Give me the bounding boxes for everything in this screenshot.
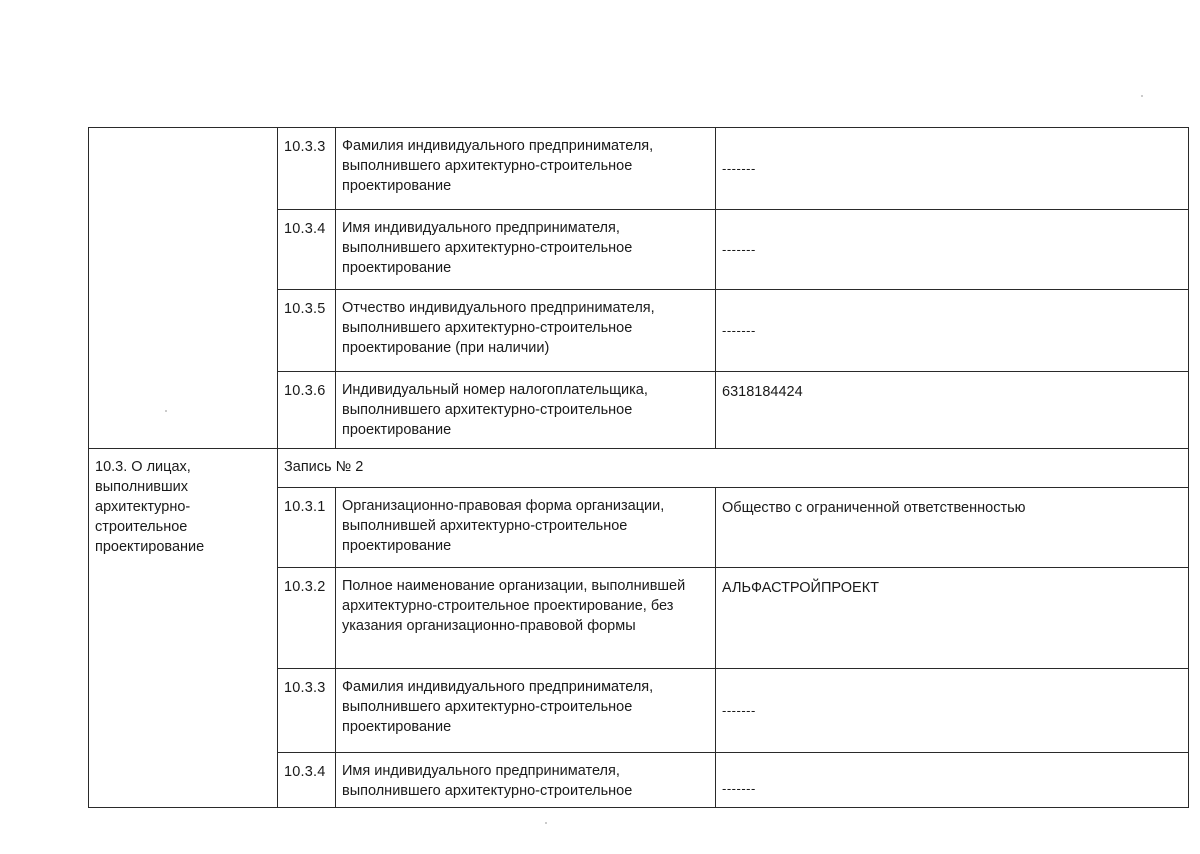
row-number: 10.3.6 bbox=[278, 372, 335, 407]
construction-info-table: 10.3.3 Фамилия индивидуального предприни… bbox=[88, 127, 1189, 808]
row-number: 10.3.5 bbox=[278, 290, 335, 325]
record-title: Запись № 2 bbox=[278, 449, 1188, 485]
row-value-cell: ------- bbox=[716, 290, 1189, 372]
row-value-cell: ------- bbox=[716, 210, 1189, 290]
row-number: 10.3.4 bbox=[278, 210, 335, 245]
row-number: 10.3.4 bbox=[278, 753, 335, 788]
row-number-cell: 10.3.5 bbox=[278, 290, 336, 372]
record-header-row: 10.3. О лицах, выполнивших архитектурно-… bbox=[89, 449, 1189, 488]
row-label: Фамилия индивидуального предпринимателя,… bbox=[336, 128, 715, 202]
row-label: Индивидуальный номер налогоплательщика, … bbox=[336, 372, 715, 446]
row-label: Полное наименование организации, выполни… bbox=[336, 568, 715, 642]
row-number: 10.3.3 bbox=[278, 128, 335, 163]
row-value: ------- bbox=[716, 779, 1188, 807]
row-value-cell: ------- bbox=[716, 128, 1189, 210]
row-number-cell: 10.3.2 bbox=[278, 568, 336, 669]
row-value-cell: ------- bbox=[716, 669, 1189, 753]
scan-speck bbox=[1141, 95, 1143, 97]
row-label-cell: Индивидуальный номер налогоплательщика, … bbox=[336, 372, 716, 449]
table-row: 10.3.3 Фамилия индивидуального предприни… bbox=[89, 128, 1189, 210]
row-number: 10.3.2 bbox=[278, 568, 335, 603]
row-number-cell: 10.3.4 bbox=[278, 210, 336, 290]
row-value-cell: Общество с ограниченной ответственностью bbox=[716, 488, 1189, 568]
scanned-page: 10.3.3 Фамилия индивидуального предприни… bbox=[0, 0, 1200, 854]
row-value-cell: АЛЬФАСТРОЙПРОЕКТ bbox=[716, 568, 1189, 669]
row-label: Отчество индивидуального предпринимателя… bbox=[336, 290, 715, 364]
section-cell-empty bbox=[89, 128, 278, 449]
row-value-cell: 6318184424 bbox=[716, 372, 1189, 449]
row-value: 6318184424 bbox=[716, 372, 1188, 408]
row-label: Имя индивидуального предпринимателя, вып… bbox=[336, 753, 715, 807]
row-label: Организационно-правовая форма организаци… bbox=[336, 488, 715, 562]
row-label-cell: Полное наименование организации, выполни… bbox=[336, 568, 716, 669]
row-value: ------- bbox=[716, 159, 1188, 179]
row-number: 10.3.3 bbox=[278, 669, 335, 704]
row-value-cell: ------- bbox=[716, 753, 1189, 808]
scan-speck bbox=[545, 822, 547, 824]
row-label-cell: Имя индивидуального предпринимателя, вып… bbox=[336, 210, 716, 290]
record-title-cell: Запись № 2 bbox=[278, 449, 1189, 488]
row-value: АЛЬФАСТРОЙПРОЕКТ bbox=[716, 568, 1188, 604]
row-value: Общество с ограниченной ответственностью bbox=[716, 488, 1188, 524]
row-label: Имя индивидуального предпринимателя, вып… bbox=[336, 210, 715, 284]
row-value: ------- bbox=[716, 240, 1188, 260]
row-label-cell: Фамилия индивидуального предпринимателя,… bbox=[336, 669, 716, 753]
row-number-cell: 10.3.6 bbox=[278, 372, 336, 449]
row-number-cell: 10.3.1 bbox=[278, 488, 336, 568]
row-value: ------- bbox=[716, 321, 1188, 341]
row-number-cell: 10.3.3 bbox=[278, 669, 336, 753]
row-label-cell: Отчество индивидуального предпринимателя… bbox=[336, 290, 716, 372]
section-label-cell: 10.3. О лицах, выполнивших архитектурно-… bbox=[89, 449, 278, 808]
row-value: ------- bbox=[716, 701, 1188, 721]
row-label-cell: Фамилия индивидуального предпринимателя,… bbox=[336, 128, 716, 210]
scan-speck bbox=[165, 410, 167, 412]
row-number-cell: 10.3.3 bbox=[278, 128, 336, 210]
section-label: 10.3. О лицах, выполнивших архитектурно-… bbox=[89, 449, 277, 561]
row-number: 10.3.1 bbox=[278, 488, 335, 523]
row-label-cell: Организационно-правовая форма организаци… bbox=[336, 488, 716, 568]
row-label: Фамилия индивидуального предпринимателя,… bbox=[336, 669, 715, 743]
row-label-cell: Имя индивидуального предпринимателя, вып… bbox=[336, 753, 716, 808]
row-number-cell: 10.3.4 bbox=[278, 753, 336, 808]
